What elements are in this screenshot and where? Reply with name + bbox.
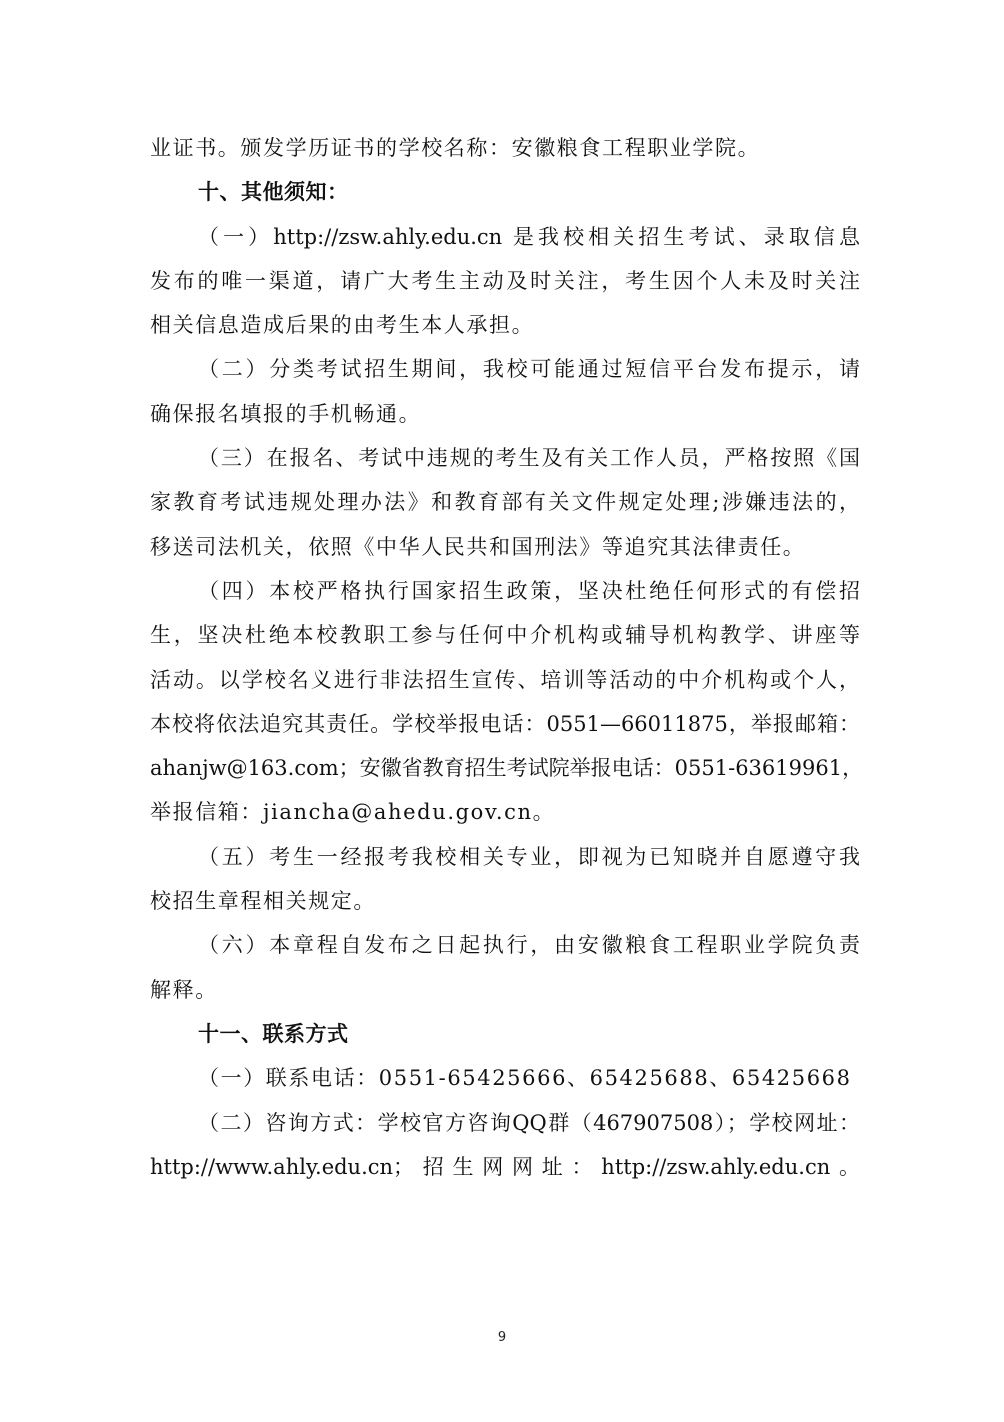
paragraph-2-line-2: 确保报名填报的手机畅通。 — [150, 392, 860, 436]
contact-phone-line: （一）联系电话：0551-65425666、65425688、65425668 — [150, 1056, 860, 1100]
paragraph-4-line-1: （四）本校严格执行国家招生政策，坚决杜绝任何形式的有偿招 — [150, 569, 860, 613]
paragraph-1-line-3: 相关信息造成后果的由考生本人承担。 — [150, 303, 860, 347]
paragraph-6-line-1: （六）本章程自发布之日起执行，由安徽粮食工程职业学院负责 — [150, 923, 860, 967]
paragraph-3-line-1: （三）在报名、考试中违规的考生及有关工作人员，严格按照《国 — [150, 436, 860, 480]
paragraph-4-line-2: 生，坚决杜绝本校教职工参与任何中介机构或辅导机构教学、讲座等 — [150, 613, 860, 657]
paragraph-3-line-3: 移送司法机关，依照《中华人民共和国刑法》等追究其法律责任。 — [150, 525, 860, 569]
paragraph-3-line-2: 家教育考试违规处理办法》和教育部有关文件规定处理;涉嫌违法的， — [150, 480, 860, 524]
paragraph-4-line-6: 举报信箱：jiancha@ahedu.gov.cn。 — [150, 790, 860, 834]
contact-consult-line-2: http://www.ahly.edu.cn；招生网网址：http://zsw.… — [150, 1145, 860, 1189]
paragraph-5-line-1: （五）考生一经报考我校相关专业，即视为已知晓并自愿遵守我 — [150, 835, 860, 879]
text-line-certificate: 业证书。颁发学历证书的学校名称：安徽粮食工程职业学院。 — [150, 126, 860, 170]
contact-consult-line-1: （二）咨询方式：学校官方咨询QQ群（467907508）；学校网址： — [150, 1101, 860, 1145]
paragraph-4-line-4: 本校将依法追究其责任。学校举报电话：0551—66011875，举报邮箱： — [150, 702, 860, 746]
section-heading-other-notes: 十、其他须知： — [150, 170, 860, 214]
page-number: 9 — [0, 1330, 1004, 1345]
section-heading-contact: 十一、联系方式 — [150, 1012, 860, 1056]
paragraph-2-line-1: （二）分类考试招生期间，我校可能通过短信平台发布提示，请 — [150, 347, 860, 391]
paragraph-1-line-2: 发布的唯一渠道，请广大考生主动及时关注，考生因个人未及时关注 — [150, 259, 860, 303]
paragraph-1-line-1: （一）http://zsw.ahly.edu.cn 是我校相关招生考试、录取信息 — [150, 215, 860, 259]
document-page: 业证书。颁发学历证书的学校名称：安徽粮食工程职业学院。 十、其他须知： （一）h… — [150, 126, 860, 1189]
paragraph-6-line-2: 解释。 — [150, 968, 860, 1012]
paragraph-5-line-2: 校招生章程相关规定。 — [150, 879, 860, 923]
paragraph-4-line-5: ahanjw@163.com；安徽省教育招生考试院举报电话：0551-63619… — [150, 746, 860, 790]
paragraph-4-line-3: 活动。以学校名义进行非法招生宣传、培训等活动的中介机构或个人， — [150, 658, 860, 702]
